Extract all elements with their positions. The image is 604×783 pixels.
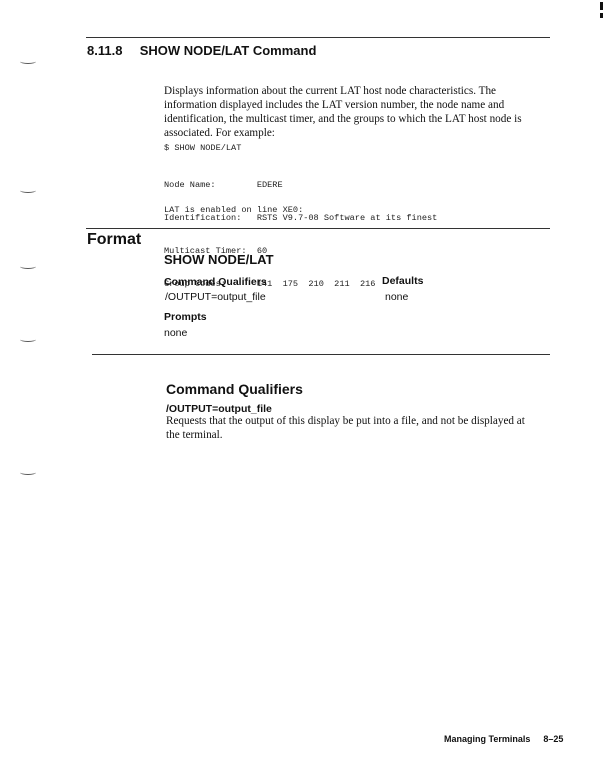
binder-hole-mark [20, 188, 36, 193]
section-rule [86, 37, 550, 38]
default-value: none [385, 291, 408, 303]
format-heading: Format [87, 231, 141, 249]
description-line: identification, the multicast timer, and… [164, 112, 564, 126]
binder-hole-mark [20, 59, 36, 64]
section-number: 8.11.8 [87, 43, 122, 58]
qualifier-description-line: the terminal. [166, 428, 566, 442]
defaults-label: Defaults [382, 275, 423, 287]
prompts-label: Prompts [164, 311, 207, 323]
footer-chapter: Managing Terminals [444, 734, 530, 744]
section-title: SHOW NODE/LAT Command [140, 43, 317, 58]
format-rule [86, 228, 550, 229]
qualifier-description-line: Requests that the output of this display… [166, 414, 566, 428]
qualifiers-heading: Command Qualifiers [166, 381, 303, 397]
binder-hole-mark [20, 264, 36, 269]
example-status: LAT is enabled on line XE0: [164, 205, 303, 216]
section-heading: 8.11.8 SHOW NODE/LAT Command [87, 43, 316, 58]
footer-page-number: 8–25 [543, 734, 563, 744]
qualifier-value: /OUTPUT=output_file [165, 291, 266, 303]
description-line: information displayed includes the LAT v… [164, 98, 564, 112]
qualifiers-label: Command Qualifiers [164, 276, 267, 288]
description: Displays information about the current L… [164, 84, 564, 140]
description-line: Displays information about the current L… [164, 84, 564, 98]
qualifiers-rule [92, 354, 550, 355]
example-command: $ SHOW NODE/LAT [164, 143, 241, 154]
page-footer: Managing Terminals 8–25 [444, 734, 563, 744]
scan-mark [600, 2, 603, 10]
description-line: associated. For example: [164, 126, 564, 140]
format-command: SHOW NODE/LAT [164, 252, 274, 267]
binder-hole-mark [20, 470, 36, 475]
qualifier-description: Requests that the output of this display… [166, 414, 566, 442]
output-line: Node Name: EDERE [164, 180, 437, 191]
binder-hole-mark [20, 337, 36, 342]
prompts-value: none [164, 327, 187, 339]
scan-mark [600, 13, 603, 18]
